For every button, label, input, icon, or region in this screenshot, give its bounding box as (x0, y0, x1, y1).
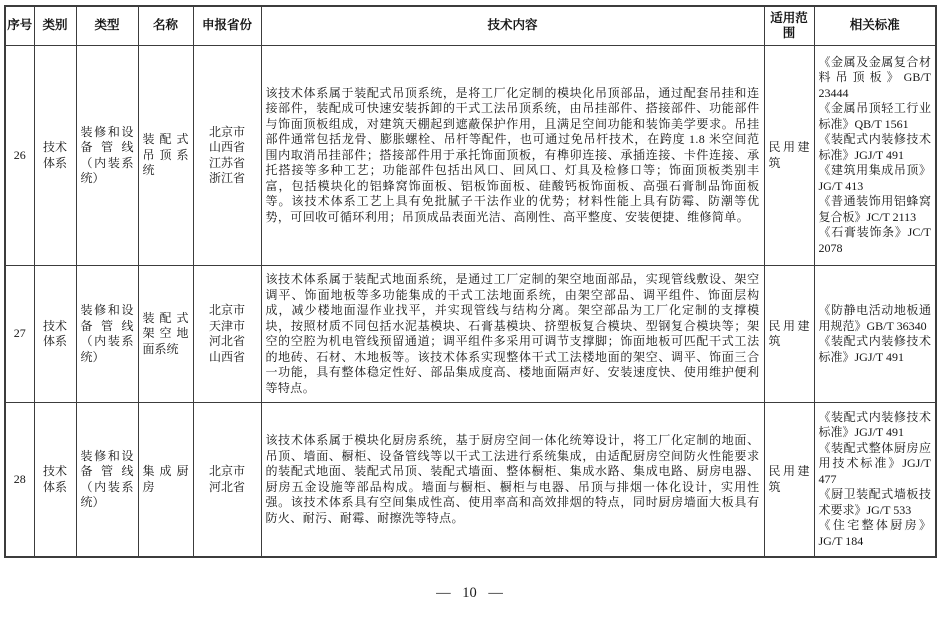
cell-technical-content: 该技术体系属于模块化厨房系统，基于厨房空间一体化统筹设计，将工厂化定制的地面、吊… (261, 403, 764, 558)
standard-item: 《装配式内装修技术标准》JGJ/T 491 (819, 132, 932, 163)
col-header-serial-number: 序号 (5, 6, 34, 46)
table-row: 27 技术体系 装修和设备管线（内装系统） 装配式架空地面系统 北京市 天津市 … (5, 266, 936, 403)
cell-category: 技术体系 (34, 46, 76, 266)
document-page: 序号 类别 类型 名称 申报省份 技术内容 适用范围 相关标准 26 技术体系 … (0, 0, 939, 624)
cell-scope: 民用建筑 (764, 46, 814, 266)
table-header-row: 序号 类别 类型 名称 申报省份 技术内容 适用范围 相关标准 (5, 6, 936, 46)
cell-scope: 民用建筑 (764, 266, 814, 403)
cell-name: 集成厨房 (138, 403, 193, 558)
cell-standards: 《防静电活动地板通用规范》GB/T 36340 《装配式内装修技术标准》JGJ/… (814, 266, 936, 403)
cell-type: 装修和设备管线（内装系统） (76, 266, 138, 403)
cell-type: 装修和设备管线（内装系统） (76, 403, 138, 558)
col-header-name: 名称 (138, 6, 193, 46)
standard-item: 《住宅整体厨房》JG/T 184 (819, 518, 932, 549)
col-header-standards: 相关标准 (814, 6, 936, 46)
col-header-category: 类别 (34, 6, 76, 46)
cell-provinces: 北京市 河北省 (193, 403, 261, 558)
page-number: — 10 — (0, 585, 939, 602)
cell-name: 装配式吊顶系统 (138, 46, 193, 266)
cell-category: 技术体系 (34, 266, 76, 403)
standard-item: 《装配式内装修技术标准》JGJ/T 491 (819, 410, 932, 441)
cell-technical-content: 该技术体系属于装配式地面系统，是通过工厂定制的架空地面部品，实现管线敷设、架空调… (261, 266, 764, 403)
standard-item: 《防静电活动地板通用规范》GB/T 36340 (819, 303, 932, 334)
standard-item: 《装配式整体厨房应用技术标准》JGJ/T 477 (819, 441, 932, 488)
table-row: 26 技术体系 装修和设备管线（内装系统） 装配式吊顶系统 北京市 山西省 江苏… (5, 46, 936, 266)
col-header-technical-content: 技术内容 (261, 6, 764, 46)
col-header-province: 申报省份 (193, 6, 261, 46)
cell-scope: 民用建筑 (764, 403, 814, 558)
cell-provinces: 北京市 天津市 河北省 山西省 (193, 266, 261, 403)
standard-item: 《厨卫装配式墙板技术要求》JG/T 533 (819, 487, 932, 518)
standard-item: 《金属及金属复合材料吊顶板》GB/T 23444 (819, 55, 932, 102)
cell-name: 装配式架空地面系统 (138, 266, 193, 403)
cell-serial-number: 26 (5, 46, 34, 266)
col-header-scope: 适用范围 (764, 6, 814, 46)
cell-serial-number: 27 (5, 266, 34, 403)
cell-provinces: 北京市 山西省 江苏省 浙江省 (193, 46, 261, 266)
table-row: 28 技术体系 装修和设备管线（内装系统） 集成厨房 北京市 河北省 该技术体系… (5, 403, 936, 558)
standard-item: 《石膏装饰条》JC/T 2078 (819, 225, 932, 256)
col-header-type: 类型 (76, 6, 138, 46)
cell-standards: 《装配式内装修技术标准》JGJ/T 491 《装配式整体厨房应用技术标准》JGJ… (814, 403, 936, 558)
standard-item: 《装配式内装修技术标准》JGJ/T 491 (819, 334, 932, 365)
cell-serial-number: 28 (5, 403, 34, 558)
cell-technical-content: 该技术体系属于装配式吊顶系统，是将工厂化定制的模块化吊顶部品，通过配套吊挂和连接… (261, 46, 764, 266)
standard-item: 《普通装饰用铝蜂窝复合板》JC/T 2113 (819, 194, 932, 225)
cell-type: 装修和设备管线（内装系统） (76, 46, 138, 266)
cell-category: 技术体系 (34, 403, 76, 558)
standard-item: 《金属吊顶轻工行业标准》QB/T 1561 (819, 101, 932, 132)
standard-item: 《建筑用集成吊顶》JG/T 413 (819, 163, 932, 194)
cell-standards: 《金属及金属复合材料吊顶板》GB/T 23444 《金属吊顶轻工行业标准》QB/… (814, 46, 936, 266)
technology-catalog-table: 序号 类别 类型 名称 申报省份 技术内容 适用范围 相关标准 26 技术体系 … (4, 5, 937, 558)
